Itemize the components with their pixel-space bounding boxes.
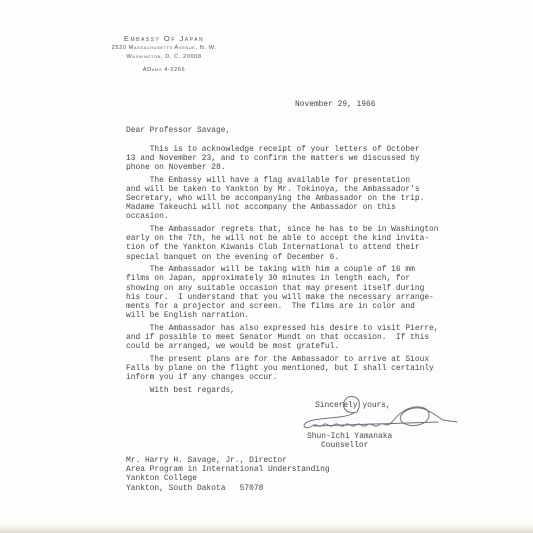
- recipient-address-block: Mr. Harry H. Savage, Jr., Director Area …: [126, 456, 330, 493]
- signature-cross-stroke: [314, 422, 438, 426]
- paragraph-1: This is to acknowledge receipt of your l…: [126, 145, 452, 173]
- letter-date: November 29, 1966: [295, 100, 376, 109]
- paragraph-5: The Ambassador has also expressed his de…: [126, 324, 452, 352]
- letterhead: Embassy Of Japan 2520 Massachusetts Aven…: [0, 35, 328, 73]
- letter-body: Dear Professor Savage, This is to acknow…: [126, 126, 452, 395]
- paragraph-2: The Embassy will have a flag available f…: [126, 176, 452, 222]
- letter-page: Embassy Of Japan 2520 Massachusetts Aven…: [0, 0, 533, 533]
- signer-title: Counsellor: [321, 441, 368, 450]
- letterhead-phone: ADams 4-2266: [0, 68, 328, 73]
- salutation: Dear Professor Savage,: [126, 126, 452, 135]
- paragraph-4: The Ambassador will be taking with him a…: [126, 265, 452, 320]
- letterhead-city: Washington, D. C. 20008: [0, 55, 328, 60]
- signature-main-stroke: [304, 407, 457, 428]
- signature-loop-stroke: [343, 396, 359, 412]
- letterhead-name: Embassy Of Japan: [0, 35, 328, 42]
- paragraph-6: The present plans are for the Ambassador…: [126, 355, 452, 383]
- letterhead-address: 2520 Massachusetts Avenue, N. W.: [0, 46, 328, 51]
- paragraph-3: The Ambassador regrets that, since he ha…: [126, 225, 452, 262]
- scan-edge-shadow: [0, 524, 533, 533]
- signer-name: Shun-Ichi Yamanaka: [307, 432, 392, 441]
